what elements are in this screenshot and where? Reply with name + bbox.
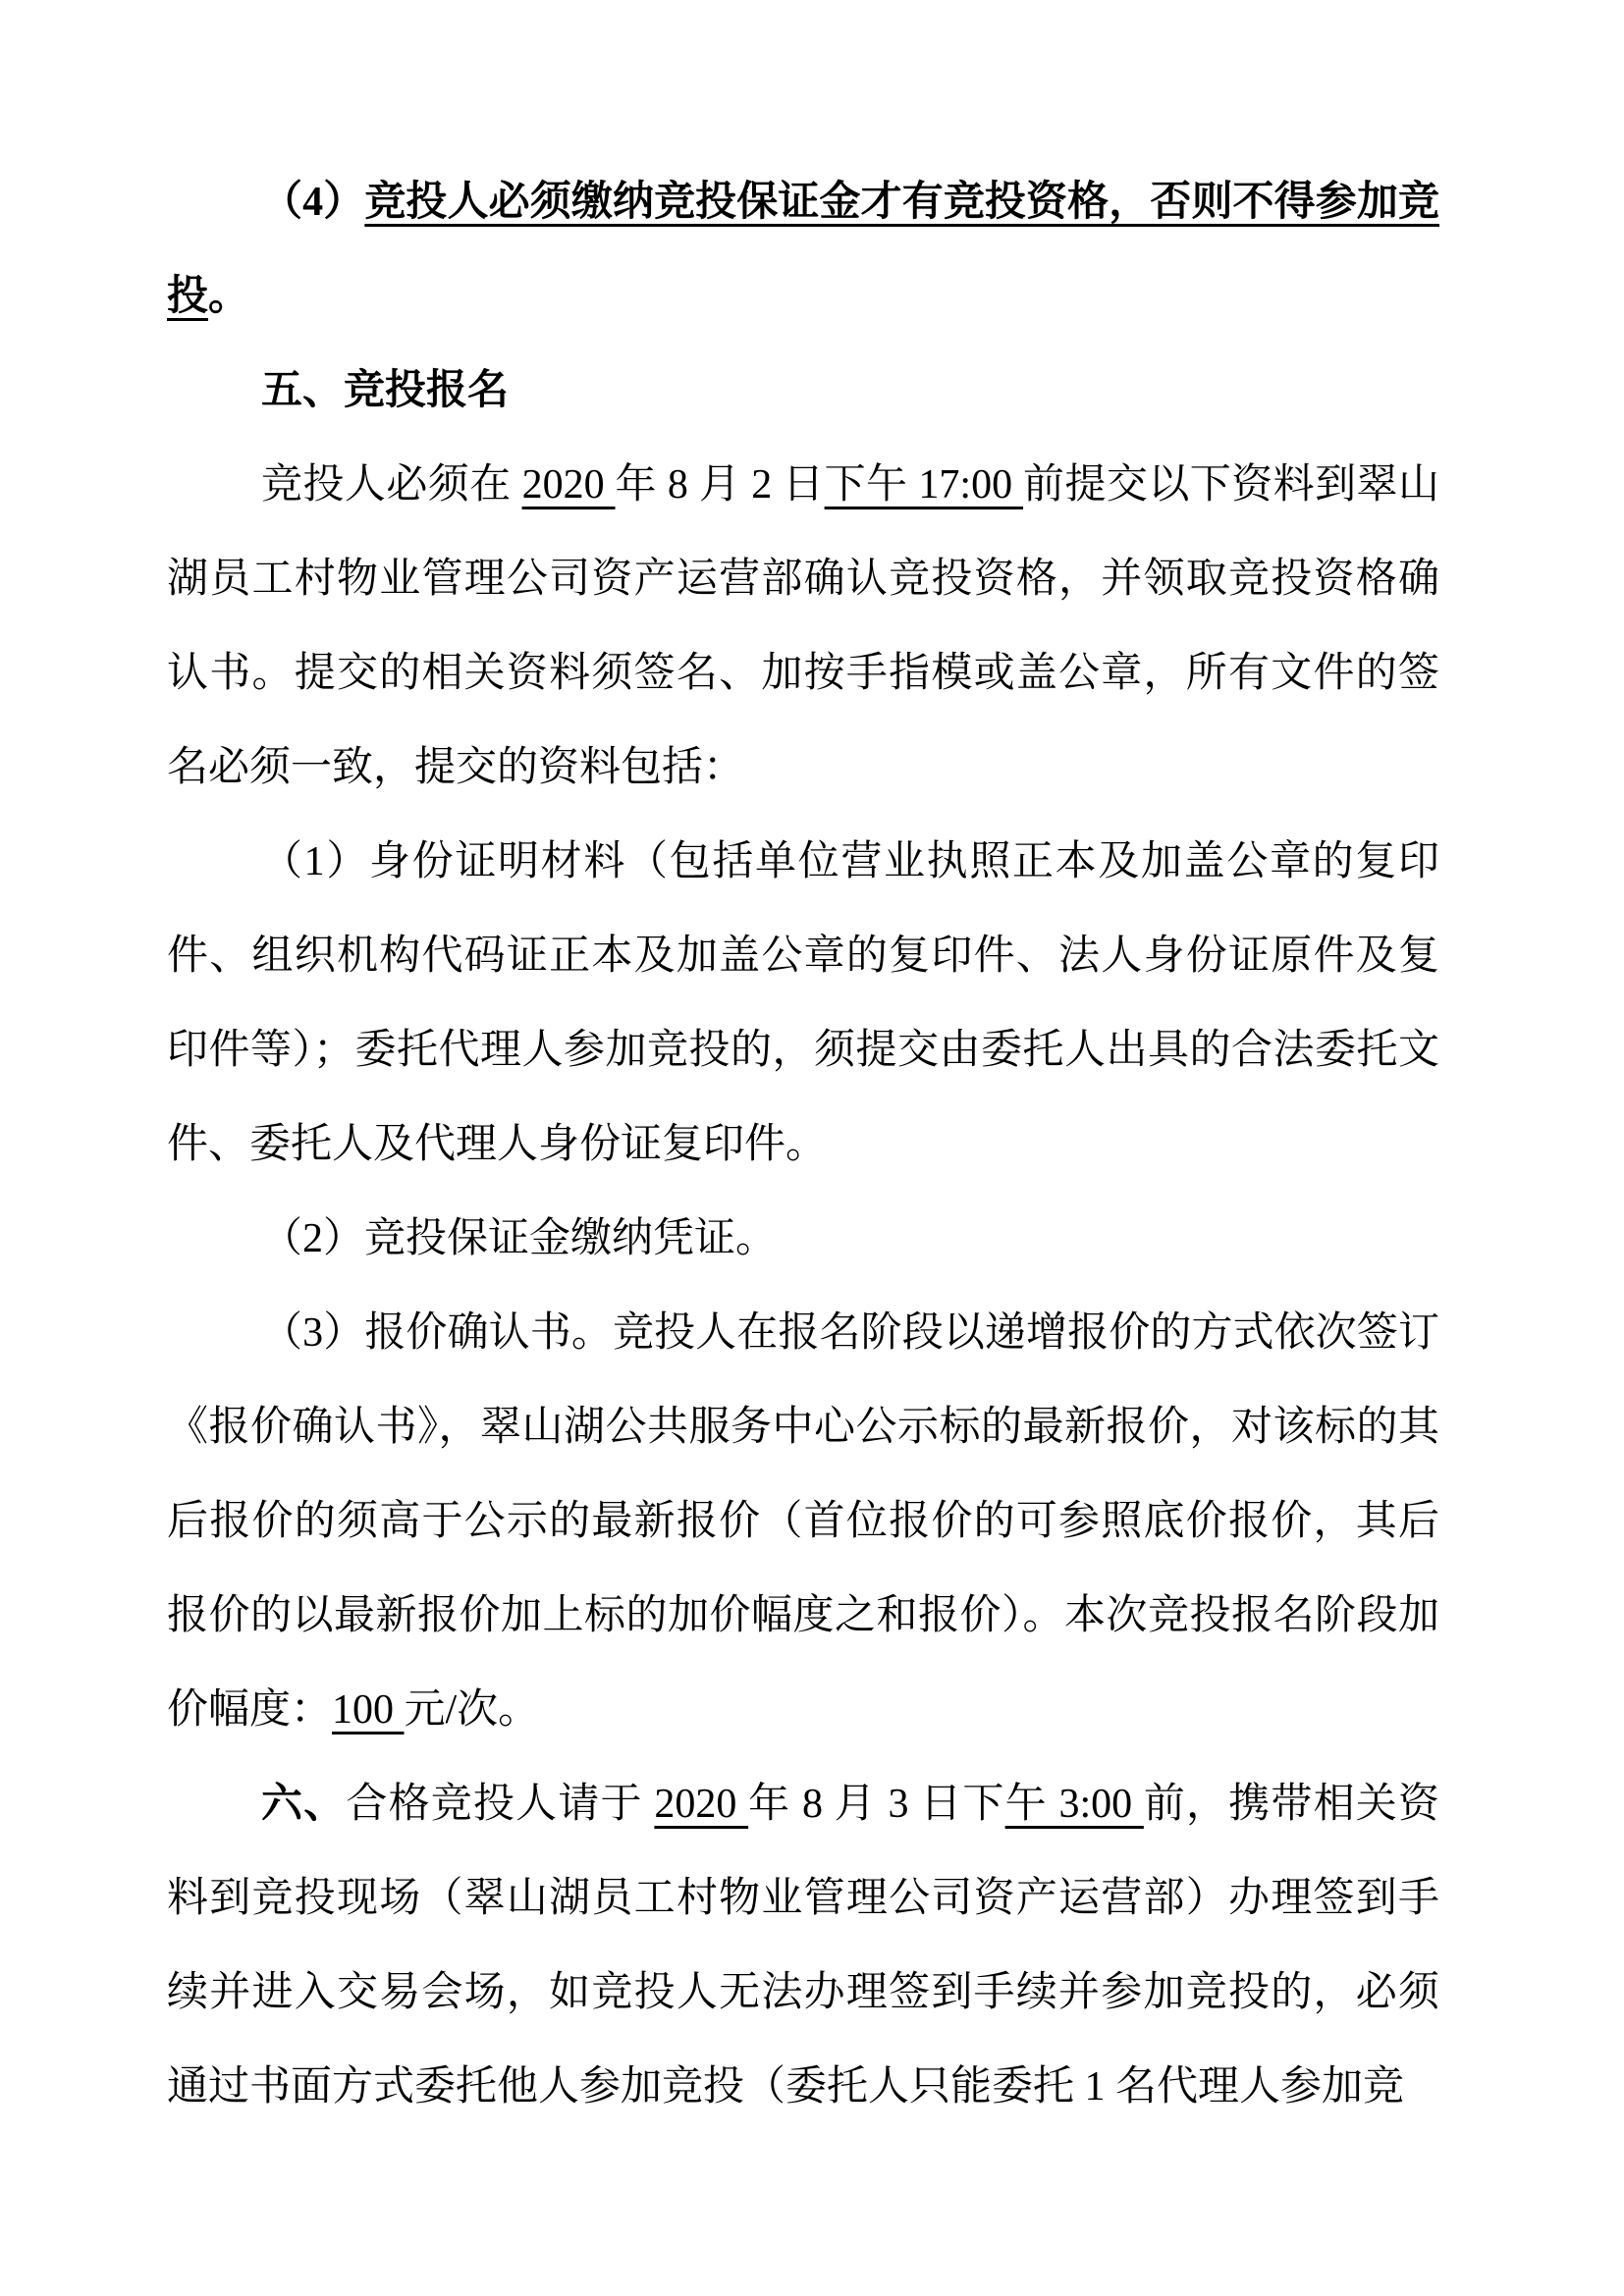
text-segment: 年 8 月 3 日下: [748, 1782, 1005, 1827]
paragraph-section-6: 六、合格竞投人请于 2020 年 8 月 3 日下午 3:00 前，携带相关资料…: [167, 1757, 1439, 2134]
text-segment: 合格竞投人请于: [346, 1782, 654, 1827]
text-segment: 元/次。: [405, 1687, 540, 1733]
text-segment: 前，携带相关资料到竞投现场（翠山湖员工村物业管理公司资产运营部）办理签到手续并进…: [167, 1782, 1439, 2109]
document-body: （4）竞投人必须缴纳竞投保证金才有竞投资格，否则不得参加竞投。五、竞投报名竞投人…: [167, 155, 1439, 2134]
text-segment: 五、竞投报名: [261, 368, 509, 413]
paragraph-item-1-identity-materials: （1）身份证明材料（包括单位营业执照正本及加盖公章的复印件、组织机构代码证正本及…: [167, 815, 1439, 1192]
text-segment: 六、: [261, 1782, 346, 1827]
text-segment: （3）报价确认书。竞投人在报名阶段以递增报价的方式依次签订《报价确认书》，翠山湖…: [167, 1310, 1439, 1733]
text-segment: （4）: [261, 180, 364, 225]
text-segment: 竞投人必须在: [261, 462, 522, 507]
text-segment: 午 3:00: [1005, 1782, 1144, 1827]
paragraph-section-5-intro: 竞投人必须在 2020 年 8 月 2 日下午 17:00 前提交以下资料到翠山…: [167, 438, 1439, 815]
paragraph-clause-4: （4）竞投人必须缴纳竞投保证金才有竞投资格，否则不得参加竞投。: [167, 155, 1439, 344]
document-page: （4）竞投人必须缴纳竞投保证金才有竞投资格，否则不得参加竞投。五、竞投报名竞投人…: [0, 0, 1624, 2296]
text-segment: 2020: [522, 462, 616, 507]
text-segment: 100: [332, 1687, 405, 1733]
text-segment: 2020: [654, 1782, 748, 1827]
text-segment: 下午 17:00: [825, 462, 1023, 507]
paragraph-section-5-heading: 五、竞投报名: [167, 344, 1439, 438]
text-segment: （2）竞投保证金缴纳凭证。: [261, 1216, 777, 1261]
paragraph-item-3-quotation-confirmation: （3）报价确认书。竞投人在报名阶段以递增报价的方式依次签订《报价确认书》，翠山湖…: [167, 1286, 1439, 1757]
paragraph-item-2-deposit-receipt: （2）竞投保证金缴纳凭证。: [167, 1192, 1439, 1286]
text-segment: 前提交以下资料到翠山湖员工村物业管理公司资产运营部确认竞投资格，并领取竞投资格确…: [167, 462, 1439, 790]
text-segment: （1）身份证明材料（包括单位营业执照正本及加盖公章的复印件、组织机构代码证正本及…: [167, 839, 1439, 1167]
text-segment: 。: [208, 274, 249, 319]
text-segment: 年 8 月 2 日: [616, 462, 825, 507]
